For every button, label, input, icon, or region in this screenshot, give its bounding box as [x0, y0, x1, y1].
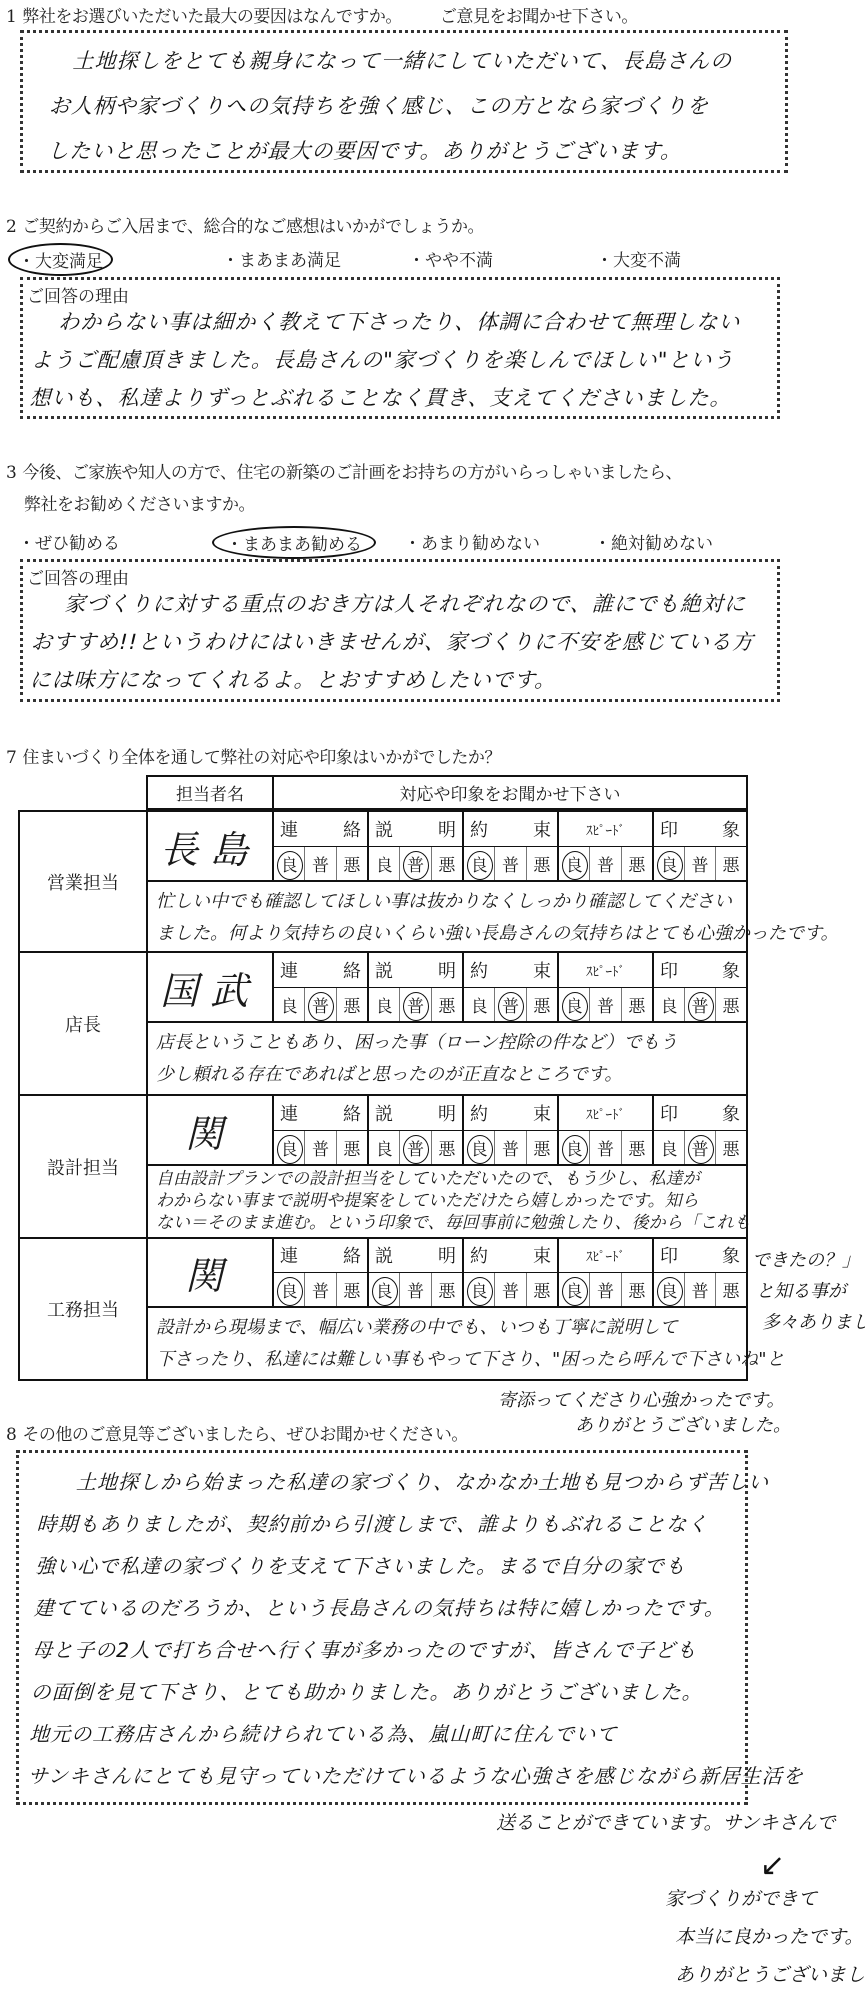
q8-question: その他のご意見等ございましたら、ぜひお聞かせください。	[22, 1425, 468, 1445]
rating-option-selected[interactable]: 普	[305, 988, 336, 1021]
table-row-manager: 店長国武連絡良普悪説明良普悪約束良普悪ｽﾋﾟｰﾄﾞ良普悪印象良普悪店長ということ…	[18, 953, 748, 1096]
answer-line: の面倒を見て下さり、とても助かりました。ありがとうございました。	[30, 1671, 729, 1713]
rating-group: 約束良普悪	[464, 812, 559, 880]
answer-line: 母と子の2人で打ち合せへ行く事が多かったのですが、皆さんで子ども	[32, 1629, 731, 1671]
q2-answer: わからない事は細かく教えて下さったり、体調に合わせて無理しない ようご配慮頂きま…	[23, 303, 759, 417]
answer-line: 家づくりに対する重点のおき方は人それぞれなので、誰にでも絶対に	[26, 585, 759, 623]
rating-option[interactable]: 普	[590, 847, 621, 880]
answer-line: お人柄や家づくりへの気持ちを強く感じ、この方となら家づくりを	[48, 84, 760, 129]
role-label: 工務担当	[20, 1238, 148, 1379]
answer-line: 時期もありましたが、契約前から引渡しまで、誰よりもぶれることなく	[36, 1503, 735, 1545]
answer-line: おすすめ!!というわけにはいきませんが、家づくりに不安を感じている方	[24, 623, 757, 661]
rating-option[interactable]: 良	[654, 1131, 685, 1164]
rating-option[interactable]: 悪	[432, 1273, 462, 1306]
rating-option[interactable]: 悪	[337, 988, 367, 1021]
rating-option[interactable]: 良	[274, 988, 305, 1021]
q7-question: 住まいづくり全体を通して弊社の対応や印象はいかがでしたか？	[22, 748, 501, 768]
comment-line: ました。何より気持ちの良いくらい強い長島さんの気持ちはとても心強かったです。	[156, 918, 738, 950]
answer-line: 強い心で私達の家づくりを支えて下さいました。まるで自分の家でも	[34, 1545, 733, 1587]
rating-option[interactable]: 悪	[337, 1131, 367, 1164]
category-label: 連絡	[274, 953, 367, 988]
category-label: 約束	[464, 812, 557, 847]
evaluation-table-header: 担当者名 対応や印象をお聞かせ下さい	[146, 775, 748, 810]
rating-option[interactable]: 悪	[527, 988, 557, 1021]
rating-option-selected[interactable]: 普	[495, 988, 526, 1021]
rating-option[interactable]: 悪	[527, 1273, 557, 1306]
q3-option-selected[interactable]: ・まあまあ勧める	[212, 526, 376, 559]
q3-question-line2: 弊社をお勧めくださいますか。	[24, 495, 255, 515]
rating-group: 約束良普悪	[464, 1096, 559, 1164]
rating-group: ｽﾋﾟｰﾄﾞ良普悪	[559, 953, 654, 1021]
rating-option[interactable]: 普	[305, 1273, 336, 1306]
comment-line: 自由設計プランでの設計担当をしていただいたので、もう少し、私達が	[156, 1168, 738, 1190]
q2-reason-box: ご回答の理由 わからない事は細かく教えて下さったり、体調に合わせて無理しない よ…	[20, 277, 780, 419]
q2-question: ご契約からご入居まで、総合的なご感想はいかがでしょうか。	[22, 217, 484, 237]
rating-option-selected[interactable]: 普	[400, 847, 431, 880]
q3-answer: 家づくりに対する重点のおき方は人それぞれなので、誰にでも絶対に おすすめ!!とい…	[23, 585, 759, 699]
rating-group: ｽﾋﾟｰﾄﾞ良普悪	[559, 1096, 654, 1164]
rating-option[interactable]: 普	[685, 1273, 716, 1306]
rating-option-selected[interactable]: 良	[464, 1273, 495, 1306]
category-label: 印象	[654, 812, 746, 847]
rating-group: 説明良普悪	[369, 812, 464, 880]
category-label: 説明	[369, 1096, 462, 1131]
design-margin-note: できたの？」 と知る事が 多々ありました。	[752, 1245, 865, 1338]
rating-option[interactable]: 悪	[622, 1273, 652, 1306]
answer-line: わからない事は細かく教えて下さったり、体調に合わせて無理しない	[26, 303, 759, 341]
q2-option-selected[interactable]: ・大変満足	[8, 243, 113, 276]
rating-group: 説明良普悪	[369, 1096, 464, 1164]
rating-option[interactable]: 悪	[716, 1131, 746, 1164]
q3-option[interactable]: ・ぜひ勧める	[18, 529, 120, 554]
rating-option[interactable]: 悪	[432, 847, 462, 880]
comment-line: 少し頼れる存在であればと思ったのが正直なところです。	[156, 1059, 738, 1091]
q1-number: 1	[6, 7, 16, 27]
rating-option[interactable]: 良	[369, 988, 400, 1021]
rating-grid: 連絡良普悪説明良普悪約束良普悪ｽﾋﾟｰﾄﾞ良普悪印象良普悪	[274, 953, 746, 1023]
answer-line: には味方になってくれるよ。とおすすめしたいです。	[23, 661, 756, 699]
q7-number: 7	[6, 748, 16, 768]
q8-title: 8その他のご意見等ございましたら、ぜひお聞かせください。	[6, 1420, 468, 1445]
rating-option[interactable]: 普	[495, 1273, 526, 1306]
rating-option[interactable]: 悪	[716, 988, 746, 1021]
q8-overflow-line: 送ることができています。サンキさんで	[496, 1808, 836, 1839]
rating-option[interactable]: 良	[654, 988, 685, 1021]
rating-group: 印象良普悪	[654, 1096, 746, 1164]
closing-note: 家づくりができて 本当に良かったです。 ありがとうございました。	[665, 1880, 865, 1994]
category-label: ｽﾋﾟｰﾄﾞ	[559, 953, 652, 988]
rating-option[interactable]: 普	[495, 1131, 526, 1164]
rating-group: 連絡良普悪	[274, 1096, 369, 1164]
answer-line: 建てているのだろうか、という長島さんの気持ちは特に嬉しかったです。	[33, 1587, 732, 1629]
q3-reason-box: ご回答の理由 家づくりに対する重点のおき方は人それぞれなので、誰にでも絶対に お…	[20, 559, 780, 702]
rating-group: 説明良普悪	[369, 953, 464, 1021]
role-label: 営業担当	[20, 812, 148, 951]
staff-name: 長島	[148, 812, 274, 882]
category-label: 印象	[654, 1238, 746, 1273]
comment-line: 下さったり、私達には難しい事もやって下さり、"困ったら呼んで下さいね"と	[156, 1344, 738, 1376]
q2-option[interactable]: ・やや不満	[408, 246, 493, 271]
category-label: 説明	[369, 953, 462, 988]
answer-line: 土地探しをとても親身になって一緒にしていただいて、長島さんの	[50, 39, 762, 84]
q2-option[interactable]: ・大変不満	[596, 246, 681, 271]
rating-option-selected[interactable]: 良	[559, 1273, 590, 1306]
rating-option[interactable]: 悪	[622, 1131, 652, 1164]
role-label: 設計担当	[20, 1096, 148, 1237]
rating-option-selected[interactable]: 普	[685, 1131, 716, 1164]
rating-group: ｽﾋﾟｰﾄﾞ良普悪	[559, 1238, 654, 1306]
category-label: ｽﾋﾟｰﾄﾞ	[559, 1096, 652, 1131]
category-label: 連絡	[274, 812, 367, 847]
q1-answer-box: 土地探しをとても親身になって一緒にしていただいて、長島さんの お人柄や家づくりへ…	[20, 30, 788, 173]
rating-option-selected[interactable]: 良	[654, 847, 685, 880]
rating-option-selected[interactable]: 良	[274, 847, 305, 880]
category-label: ｽﾋﾟｰﾄﾞ	[559, 812, 652, 847]
rating-option-selected[interactable]: 良	[464, 847, 495, 880]
table-row-design: 設計担当関連絡良普悪説明良普悪約束良普悪ｽﾋﾟｰﾄﾞ良普悪印象良普悪自由設計プラ…	[18, 1096, 748, 1239]
header-staff-name: 担当者名	[148, 777, 274, 808]
table-row-construction: 工務担当関連絡良普悪説明良普悪約束良普悪ｽﾋﾟｰﾄﾞ良普悪印象良普悪設計から現場…	[18, 1238, 748, 1381]
rating-option[interactable]: 普	[400, 1273, 431, 1306]
role-label: 店長	[20, 953, 148, 1094]
category-label: 印象	[654, 1096, 746, 1131]
category-label: 説明	[369, 812, 462, 847]
rating-group: 印象良普悪	[654, 812, 746, 880]
rating-option[interactable]: 普	[590, 1273, 621, 1306]
rating-option[interactable]: 悪	[432, 988, 462, 1021]
comment-line: わからない事まで説明や提案をしていただけたら嬉しかったです。知ら	[156, 1190, 738, 1212]
rating-group: 印象良普悪	[654, 953, 746, 1021]
q2-number: 2	[6, 217, 16, 237]
rating-option[interactable]: 普	[590, 1131, 621, 1164]
comment-line: ない＝そのまま進む。という印象で、毎回事前に勉強したり、後から「これも	[156, 1212, 738, 1234]
rating-grid: 連絡良普悪説明良普悪約束良普悪ｽﾋﾟｰﾄﾞ良普悪印象良普悪	[274, 1096, 746, 1166]
q1-answer: 土地探しをとても親身になって一緒にしていただいて、長島さんの お人柄や家づくりへ…	[47, 39, 762, 174]
rating-option[interactable]: 普	[590, 988, 621, 1021]
category-label: 約束	[464, 1096, 557, 1131]
rating-option-selected[interactable]: 良	[274, 1131, 305, 1164]
comment-line: 設計から現場まで、幅広い業務の中でも、いつも丁寧に説明して	[156, 1312, 738, 1344]
answer-line: 土地探しから始まった私達の家づくり、なかなか土地も見つからず苦しい	[37, 1461, 736, 1503]
rating-grid: 連絡良普悪説明良普悪約束良普悪ｽﾋﾟｰﾄﾞ良普悪印象良普悪	[274, 1238, 746, 1308]
q3-option[interactable]: ・絶対勧めない	[594, 529, 713, 554]
rating-group: 連絡良普悪	[274, 953, 369, 1021]
q3-title: 3今後、ご家族や知人の方で、住宅の新築のご計画をお持ちの方がいらっしゃいましたら…	[6, 458, 682, 483]
rating-option[interactable]: 悪	[527, 1131, 557, 1164]
rating-group: 説明良普悪	[369, 1238, 464, 1306]
rating-group: 約束良普悪	[464, 953, 559, 1021]
table-row-sales: 営業担当長島連絡良普悪説明良普悪約束良普悪ｽﾋﾟｰﾄﾞ良普悪印象良普悪忙しい中で…	[18, 810, 748, 953]
q3-option[interactable]: ・あまり勧めない	[404, 529, 540, 554]
header-prompt: 対応や印象をお聞かせ下さい	[274, 777, 746, 808]
rating-option[interactable]: 悪	[622, 847, 652, 880]
q1-question: 弊社をお選びいただいた最大の要因はなんですか。	[22, 7, 402, 27]
rating-option[interactable]: 悪	[716, 847, 746, 880]
staff-name: 関	[148, 1238, 274, 1308]
rating-option-selected[interactable]: 普	[400, 988, 431, 1021]
q7-title: 7住まいづくり全体を通して弊社の対応や印象はいかがでしたか？	[6, 743, 501, 768]
arrow-down-left-icon: ↙	[760, 1848, 785, 1883]
staff-comment: 設計から現場まで、幅広い業務の中でも、いつも丁寧に説明して下さったり、私達には難…	[148, 1308, 746, 1379]
rating-option-selected[interactable]: 良	[369, 1273, 400, 1306]
category-label: 約束	[464, 1238, 557, 1273]
rating-option[interactable]: 普	[495, 847, 526, 880]
rating-group: 約束良普悪	[464, 1238, 559, 1306]
rating-group: 印象良普悪	[654, 1238, 746, 1306]
q8-header-note: ありがとうございました。	[575, 1410, 791, 1441]
staff-comment: 店長ということもあり、困った事（ローン控除の件など）でもう少し頼れる存在であれば…	[148, 1023, 746, 1094]
q2-option[interactable]: ・まあまあ満足	[222, 246, 341, 271]
q1-title: 1弊社をお選びいただいた最大の要因はなんですか。ご意見をお聞かせ下さい。	[6, 2, 638, 27]
rating-option[interactable]: 悪	[337, 1273, 367, 1306]
rating-option[interactable]: 良	[464, 988, 495, 1021]
q3-title-cont: 弊社をお勧めくださいますか。	[24, 490, 255, 515]
rating-option-selected[interactable]: 良	[654, 1273, 685, 1306]
answer-line: 想いも、私達よりずっとぶれることなく貫き、支えてくださいました。	[23, 379, 756, 417]
comment-line: 忙しい中でも確認してほしい事は抜かりなくしっかり確認してください	[156, 886, 738, 918]
category-label: 説明	[369, 1238, 462, 1273]
rating-option-selected[interactable]: 良	[559, 847, 590, 880]
rating-option[interactable]: 良	[369, 847, 400, 880]
rating-option-selected[interactable]: 普	[685, 988, 716, 1021]
q8-answer-box: 土地探しから始まった私達の家づくり、なかなか土地も見つからず苦しい 時期もありま…	[16, 1450, 748, 1805]
q3-question-line1: 今後、ご家族や知人の方で、住宅の新築のご計画をお持ちの方がいらっしゃいましたら、	[22, 463, 682, 483]
rating-option-selected[interactable]: 良	[464, 1131, 495, 1164]
q2-title: 2ご契約からご入居まで、総合的なご感想はいかがでしょうか。	[6, 212, 484, 237]
rating-group: 連絡良普悪	[274, 1238, 369, 1306]
rating-option[interactable]: 悪	[432, 1131, 462, 1164]
q1-prompt: ご意見をお聞かせ下さい。	[440, 7, 638, 27]
category-label: 印象	[654, 953, 746, 988]
staff-comment: 自由設計プランでの設計担当をしていただいたので、もう少し、私達がわからない事まで…	[148, 1166, 746, 1237]
rating-group: ｽﾋﾟｰﾄﾞ良普悪	[559, 812, 654, 880]
category-label: 約束	[464, 953, 557, 988]
rating-option[interactable]: 普	[305, 847, 336, 880]
rating-option[interactable]: 悪	[337, 847, 367, 880]
q3-number: 3	[6, 463, 16, 483]
rating-option[interactable]: 普	[685, 847, 716, 880]
answer-line: サンキさんにとても見守っていただけているような心強さを感じながら新居生活を	[27, 1755, 726, 1797]
staff-name: 国武	[148, 953, 274, 1023]
rating-option[interactable]: 普	[305, 1131, 336, 1164]
staff-name: 関	[148, 1096, 274, 1166]
answer-line: したいと思ったことが最大の要因です。ありがとうございます。	[47, 129, 759, 174]
category-label: 連絡	[274, 1096, 367, 1131]
rating-option-selected[interactable]: 普	[400, 1131, 431, 1164]
category-label: 連絡	[274, 1238, 367, 1273]
comment-line: 店長ということもあり、困った事（ローン控除の件など）でもう	[156, 1027, 738, 1059]
rating-option[interactable]: 悪	[622, 988, 652, 1021]
category-label: ｽﾋﾟｰﾄﾞ	[559, 1238, 652, 1273]
rating-option-selected[interactable]: 良	[559, 988, 590, 1021]
rating-option[interactable]: 悪	[716, 1273, 746, 1306]
rating-group: 連絡良普悪	[274, 812, 369, 880]
rating-option[interactable]: 悪	[527, 847, 557, 880]
rating-option-selected[interactable]: 良	[559, 1131, 590, 1164]
answer-line: ようご配慮頂きました。長島さんの"家づくりを楽しんでほしい"という	[24, 341, 757, 379]
answer-line: 地元の工務店さんから続けられている為、嵐山町に住んでいて	[29, 1713, 728, 1755]
q8-answer: 土地探しから始まった私達の家づくり、なかなか土地も見つからず苦しい 時期もありま…	[27, 1461, 737, 1797]
rating-grid: 連絡良普悪説明良普悪約束良普悪ｽﾋﾟｰﾄﾞ良普悪印象良普悪	[274, 812, 746, 882]
staff-comment: 忙しい中でも確認してほしい事は抜かりなくしっかり確認してくださいました。何より気…	[148, 882, 746, 951]
q8-number: 8	[6, 1425, 16, 1445]
rating-option[interactable]: 良	[369, 1131, 400, 1164]
rating-option-selected[interactable]: 良	[274, 1273, 305, 1306]
